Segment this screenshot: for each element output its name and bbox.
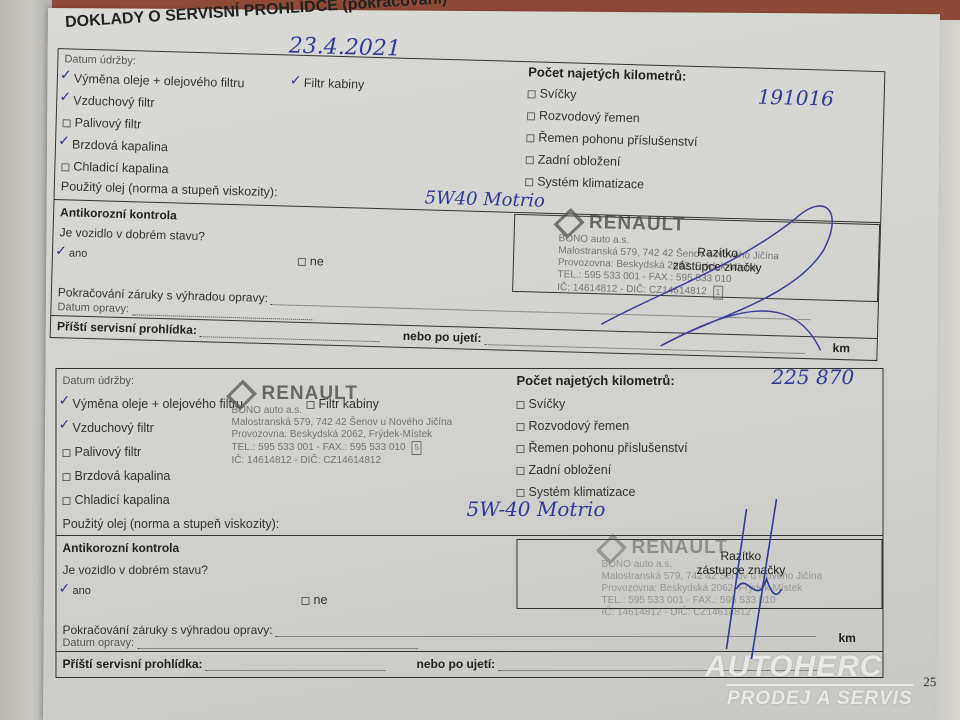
condition-no[interactable]: ne: [301, 593, 327, 607]
checkbox-icon: [526, 156, 534, 164]
condition-yes[interactable]: ✓ano: [59, 247, 88, 260]
warranty-label: Pokračování záruky s výhradou opravy:: [62, 623, 815, 637]
checkbox-icon: [516, 401, 524, 409]
dealer-stamp: RENAULT BONO auto a.s. Malostranská 579,…: [231, 383, 452, 467]
checkmark-icon: ✓: [59, 89, 71, 105]
item-timing-belt[interactable]: Rozvodový řemen: [527, 108, 640, 125]
checkbox-icon: [525, 178, 533, 186]
item-air-filter[interactable]: ✓Vzduchový filtr: [62, 421, 153, 435]
item-accessory-belt[interactable]: Řemen pohonu příslušenství: [526, 130, 697, 149]
signature-1: [590, 174, 855, 361]
checkbox-icon: [516, 445, 524, 453]
km-unit: km: [838, 631, 855, 645]
anticorrosion-label: Antikorozní kontrola: [62, 541, 179, 555]
item-brake-fluid[interactable]: Brzdová kapalina: [62, 469, 170, 483]
record-2-mileage: 225 870: [771, 365, 854, 389]
checkbox-icon: [516, 423, 524, 431]
service-record-1: Datum údržby: 23.4.2021 ✓Výměna oleje + …: [50, 48, 886, 361]
item-air-filter[interactable]: ✓Vzduchový filtr: [63, 93, 155, 110]
record-2-oil: 5W-40 Motrio: [466, 497, 605, 521]
item-cabin-filter[interactable]: ✓Filtr kabiny: [296, 76, 365, 92]
oil-used-label: Použitý olej (norma a stupeň viskozity):: [61, 179, 278, 199]
record-1-mileage: 191016: [757, 85, 834, 111]
item-rear-brakes[interactable]: Zadní obložení: [526, 152, 621, 169]
good-condition-label: Je vozidlo v dobrém stavu?: [62, 563, 207, 577]
record-1-date: 23.4.2021: [289, 34, 402, 62]
checkmark-icon: ✓: [58, 581, 70, 597]
oil-used-label: Použitý olej (norma a stupeň viskozity):: [62, 517, 279, 531]
checkbox-icon: [62, 473, 70, 481]
condition-yes[interactable]: ✓ano: [62, 585, 90, 597]
mileage-label: Počet najetých kilometrů:: [528, 64, 687, 83]
item-accessory-belt[interactable]: Řemen pohonu příslušenství: [516, 441, 687, 455]
item-oil-change[interactable]: ✓Výměna oleje + olejového filtru: [62, 397, 243, 411]
page-number: 25: [923, 674, 936, 690]
record-1-oil: 5W40 Motrio: [424, 187, 545, 211]
service-book-page: DOKLADY O SERVISNÍ PROHLÍDCE (pokračován…: [43, 8, 940, 720]
item-air-conditioning[interactable]: Systém klimatizace: [516, 485, 635, 499]
checkmark-icon: ✓: [60, 67, 72, 83]
date-label: Datum údržby:: [62, 375, 134, 387]
item-coolant[interactable]: Chladicí kapalina: [61, 159, 169, 176]
checkbox-icon: [516, 489, 524, 497]
signature-2: [716, 499, 796, 659]
item-spark-plugs[interactable]: Svíčky: [527, 86, 576, 101]
good-condition-label: Je vozidlo v dobrém stavu?: [59, 225, 205, 243]
checkbox-icon: [301, 597, 309, 605]
item-fuel-filter[interactable]: Palivový filtr: [62, 445, 141, 459]
item-coolant[interactable]: Chladicí kapalina: [62, 493, 169, 507]
checkbox-icon: [528, 90, 536, 98]
item-fuel-filter[interactable]: Palivový filtr: [62, 115, 141, 131]
service-record-2: Datum údržby: ✓Výměna oleje + olejového …: [55, 368, 883, 678]
checkbox-icon: [62, 497, 70, 505]
checkbox-icon: [516, 467, 524, 475]
mileage-label: Počet najetých kilometrů:: [516, 373, 674, 388]
checkbox-icon: [61, 163, 69, 171]
checkbox-icon: [63, 119, 71, 127]
checkmark-icon: ✓: [290, 73, 302, 89]
condition-no[interactable]: ne: [298, 254, 324, 269]
checkmark-icon: ✓: [58, 417, 70, 433]
next-service-label: Příští servisní prohlídka:: [62, 657, 385, 671]
anticorrosion-label: Antikorozní kontrola: [60, 205, 177, 222]
checkmark-icon: ✓: [58, 133, 70, 149]
item-rear-brakes[interactable]: Zadní obložení: [516, 463, 611, 477]
checkbox-icon: [526, 134, 534, 142]
checkbox-icon: [527, 112, 535, 120]
checkbox-icon: [62, 449, 70, 457]
item-timing-belt[interactable]: Rozvodový řemen: [516, 419, 629, 433]
checkmark-icon: ✓: [55, 243, 67, 259]
checkmark-icon: ✓: [58, 393, 70, 409]
item-oil-change[interactable]: ✓Výměna oleje + olejového filtru: [64, 71, 245, 90]
date-label: Datum údržby:: [64, 53, 136, 67]
checkbox-icon: [298, 258, 306, 266]
item-spark-plugs[interactable]: Svíčky: [516, 397, 565, 411]
repair-date-label: Datum opravy:: [62, 637, 417, 649]
autoherc-watermark: AUTOHERC PRODEJ A SERVIS: [705, 650, 913, 710]
item-brake-fluid[interactable]: ✓Brzdová kapalina: [62, 137, 168, 154]
